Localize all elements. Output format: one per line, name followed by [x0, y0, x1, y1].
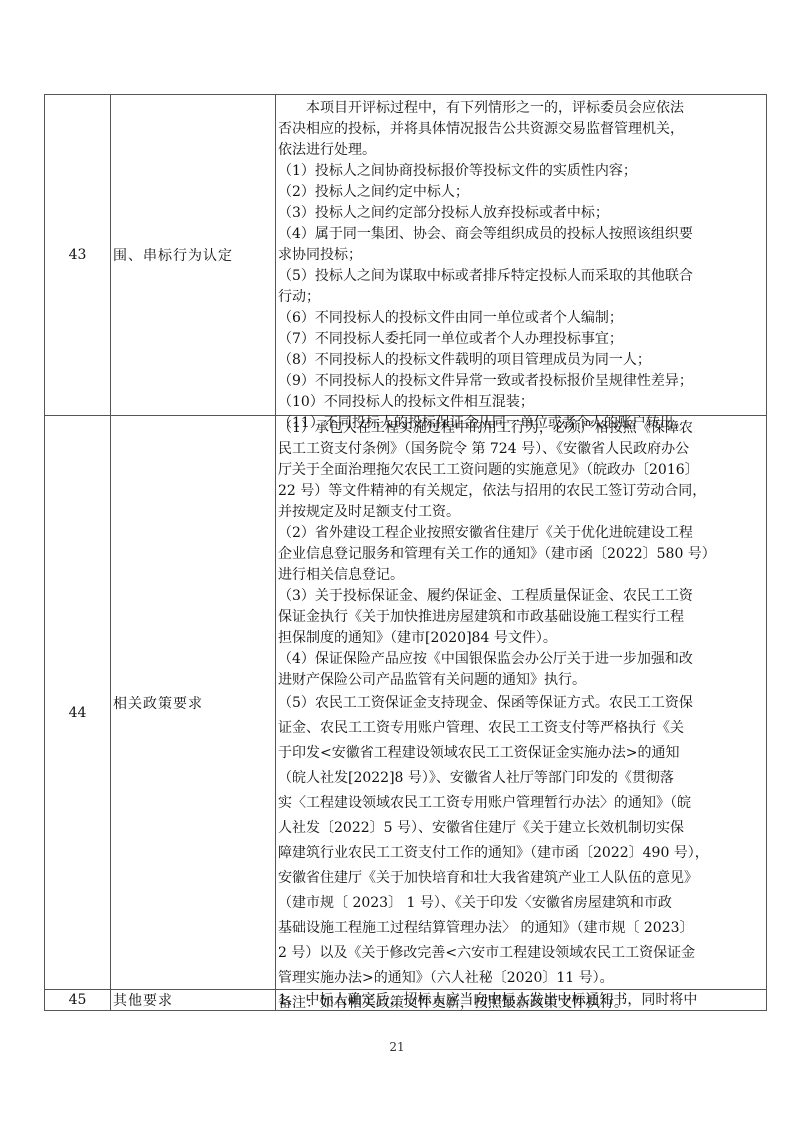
content-line: 民工工资支付条例》（国务院令 第 724 号）、《安徽省人民政府办公 [278, 439, 764, 460]
content-line: 管理实施办法>的通知》（六人社秘〔2020〕11 号）。 [278, 966, 764, 991]
content-line: （4）保证保险产品应按《中国银保监会办公厅关于进一步加强和改 [278, 649, 764, 670]
content-line: 2 号）以及《关于修改完善<六安市工程建设领域农民工工资保证金 [278, 941, 764, 966]
content-line: （3）关于投标保证金、履约保证金、工程质量保证金、农民工工资 [278, 586, 764, 607]
row-number: 45 [45, 990, 111, 1010]
content-line: 22 号）等文件精神的有关规定，依法与招用的农民工签订劳动合同， [278, 481, 764, 502]
content-line: 进行相关信息登记。 [278, 565, 764, 586]
row-content: （1）承包人在工程实施过程中的用工行为，必须严格按照《保障农民工工资支付条例》（… [276, 416, 766, 989]
requirements-table: 43 围、串标行为认定 本项目开评标过程中，有下列情形之一的，评标委员会应依法否… [44, 94, 767, 1011]
content-line: 障建筑行业农民工工资支付工作的通知》（建市函〔2022〕490 号）， [278, 841, 764, 866]
row-content: 1、 中标人确定后，招标人应当向中标人发出中标通知书，同时将中 [276, 990, 766, 1010]
table-row-43: 43 围、串标行为认定 本项目开评标过程中，有下列情形之一的，评标委员会应依法否… [45, 95, 766, 416]
content-line: 并按规定及时足额支付工资。 [278, 502, 764, 523]
content-line: （8）不同投标人的投标文件载明的项目管理成员为同一人； [278, 350, 764, 371]
row-content: 本项目开评标过程中，有下列情形之一的，评标委员会应依法否决相应的投标，并将具体情… [276, 95, 766, 415]
content-line: （2）省外建设工程企业按照安徽省住建厅《关于优化进皖建设工程 [278, 523, 764, 544]
content-line: （10）不同投标人的投标文件相互混装； [278, 392, 764, 413]
content-line: 人社发〔2022〕5 号）、安徽省住建厅《关于建立长效机制切实保 [278, 816, 764, 841]
content-line: 基础设施工程施工过程结算管理办法〉 的通知》（建市规〔 2023〕 [278, 916, 764, 941]
content-line: （1）投标人之间协商投标报价等投标文件的实质性内容； [278, 161, 764, 182]
content-line: （建市规〔 2023〕 1 号）、《关于印发〈安徽省房屋建筑和市政 [278, 891, 764, 916]
content-line: 否决相应的投标，并将具体情况报告公共资源交易监督管理机关， [278, 119, 764, 140]
content-line: （7）不同投标人委托同一单位或者个人办理投标事宜； [278, 329, 764, 350]
row-item-title: 相关政策要求 [111, 416, 276, 989]
content-line: （5）投标人之间为谋取中标或者排斥特定投标人而采取的其他联合 [278, 266, 764, 287]
content-line: 担保制度的通知》（建市[2020]84 号文件）。 [278, 628, 764, 649]
content-line: 保证金执行《关于加快推进房屋建筑和市政基础设施工程实行工程 [278, 607, 764, 628]
row-number: 44 [45, 416, 111, 989]
content-line: 本项目开评标过程中，有下列情形之一的，评标委员会应依法 [278, 98, 764, 119]
content-line: 证金、农民工工资专用账户管理、农民工工资支付等严格执行《关 [278, 716, 764, 741]
content-line: 安徽省住建厅《关于加快培育和壮大我省建筑产业工人队伍的意见》 [278, 866, 764, 891]
content-line: （2）投标人之间约定中标人； [278, 182, 764, 203]
content-line: 行动； [278, 287, 764, 308]
content-line: 进财产保险公司产品监管有关问题的通知》执行。 [278, 670, 764, 691]
content-line: （9）不同投标人的投标文件异常一致或者投标报价呈规律性差异； [278, 371, 764, 392]
content-line: （3）投标人之间约定部分投标人放弃投标或者中标； [278, 203, 764, 224]
content-line: （6）不同投标人的投标文件由同一单位或者个人编制； [278, 308, 764, 329]
content-line: 实〈工程建设领域农民工工资专用账户管理暂行办法〉的通知》（皖 [278, 791, 764, 816]
table-row-45: 45 其他要求 1、 中标人确定后，招标人应当向中标人发出中标通知书，同时将中 [45, 990, 766, 1011]
table-row-44: 44 相关政策要求 （1）承包人在工程实施过程中的用工行为，必须严格按照《保障农… [45, 416, 766, 990]
row-item-title: 围、串标行为认定 [111, 95, 276, 415]
content-line: 企业信息登记服务和管理有关工作的通知》（建市函〔2022〕580 号） [278, 544, 764, 565]
content-line: 厅关于全面治理拖欠农民工工资问题的实施意见》（皖政办〔2016〕 [278, 460, 764, 481]
page-number: 21 [0, 1040, 794, 1054]
row-item-title: 其他要求 [111, 990, 276, 1010]
content-line: 1、 中标人确定后，招标人应当向中标人发出中标通知书，同时将中 [278, 990, 764, 1011]
row-number: 43 [45, 95, 111, 415]
content-line: （5）农民工工资保证金支持现金、保函等保证方式。农民工工资保 [278, 691, 764, 716]
content-line: 求协同投标； [278, 245, 764, 266]
content-line: （皖人社发[2022]8 号）》、安徽省人社厅等部门印发的《贯彻落 [278, 766, 764, 791]
content-line: 依法进行处理。 [278, 140, 764, 161]
content-line: （4）属于同一集团、协会、商会等组织成员的投标人按照该组织要 [278, 224, 764, 245]
content-line: （1）承包人在工程实施过程中的用工行为，必须严格按照《保障农 [278, 418, 764, 439]
content-line: 于印发<安徽省工程建设领域农民工工资保证金实施办法>的通知 [278, 741, 764, 766]
